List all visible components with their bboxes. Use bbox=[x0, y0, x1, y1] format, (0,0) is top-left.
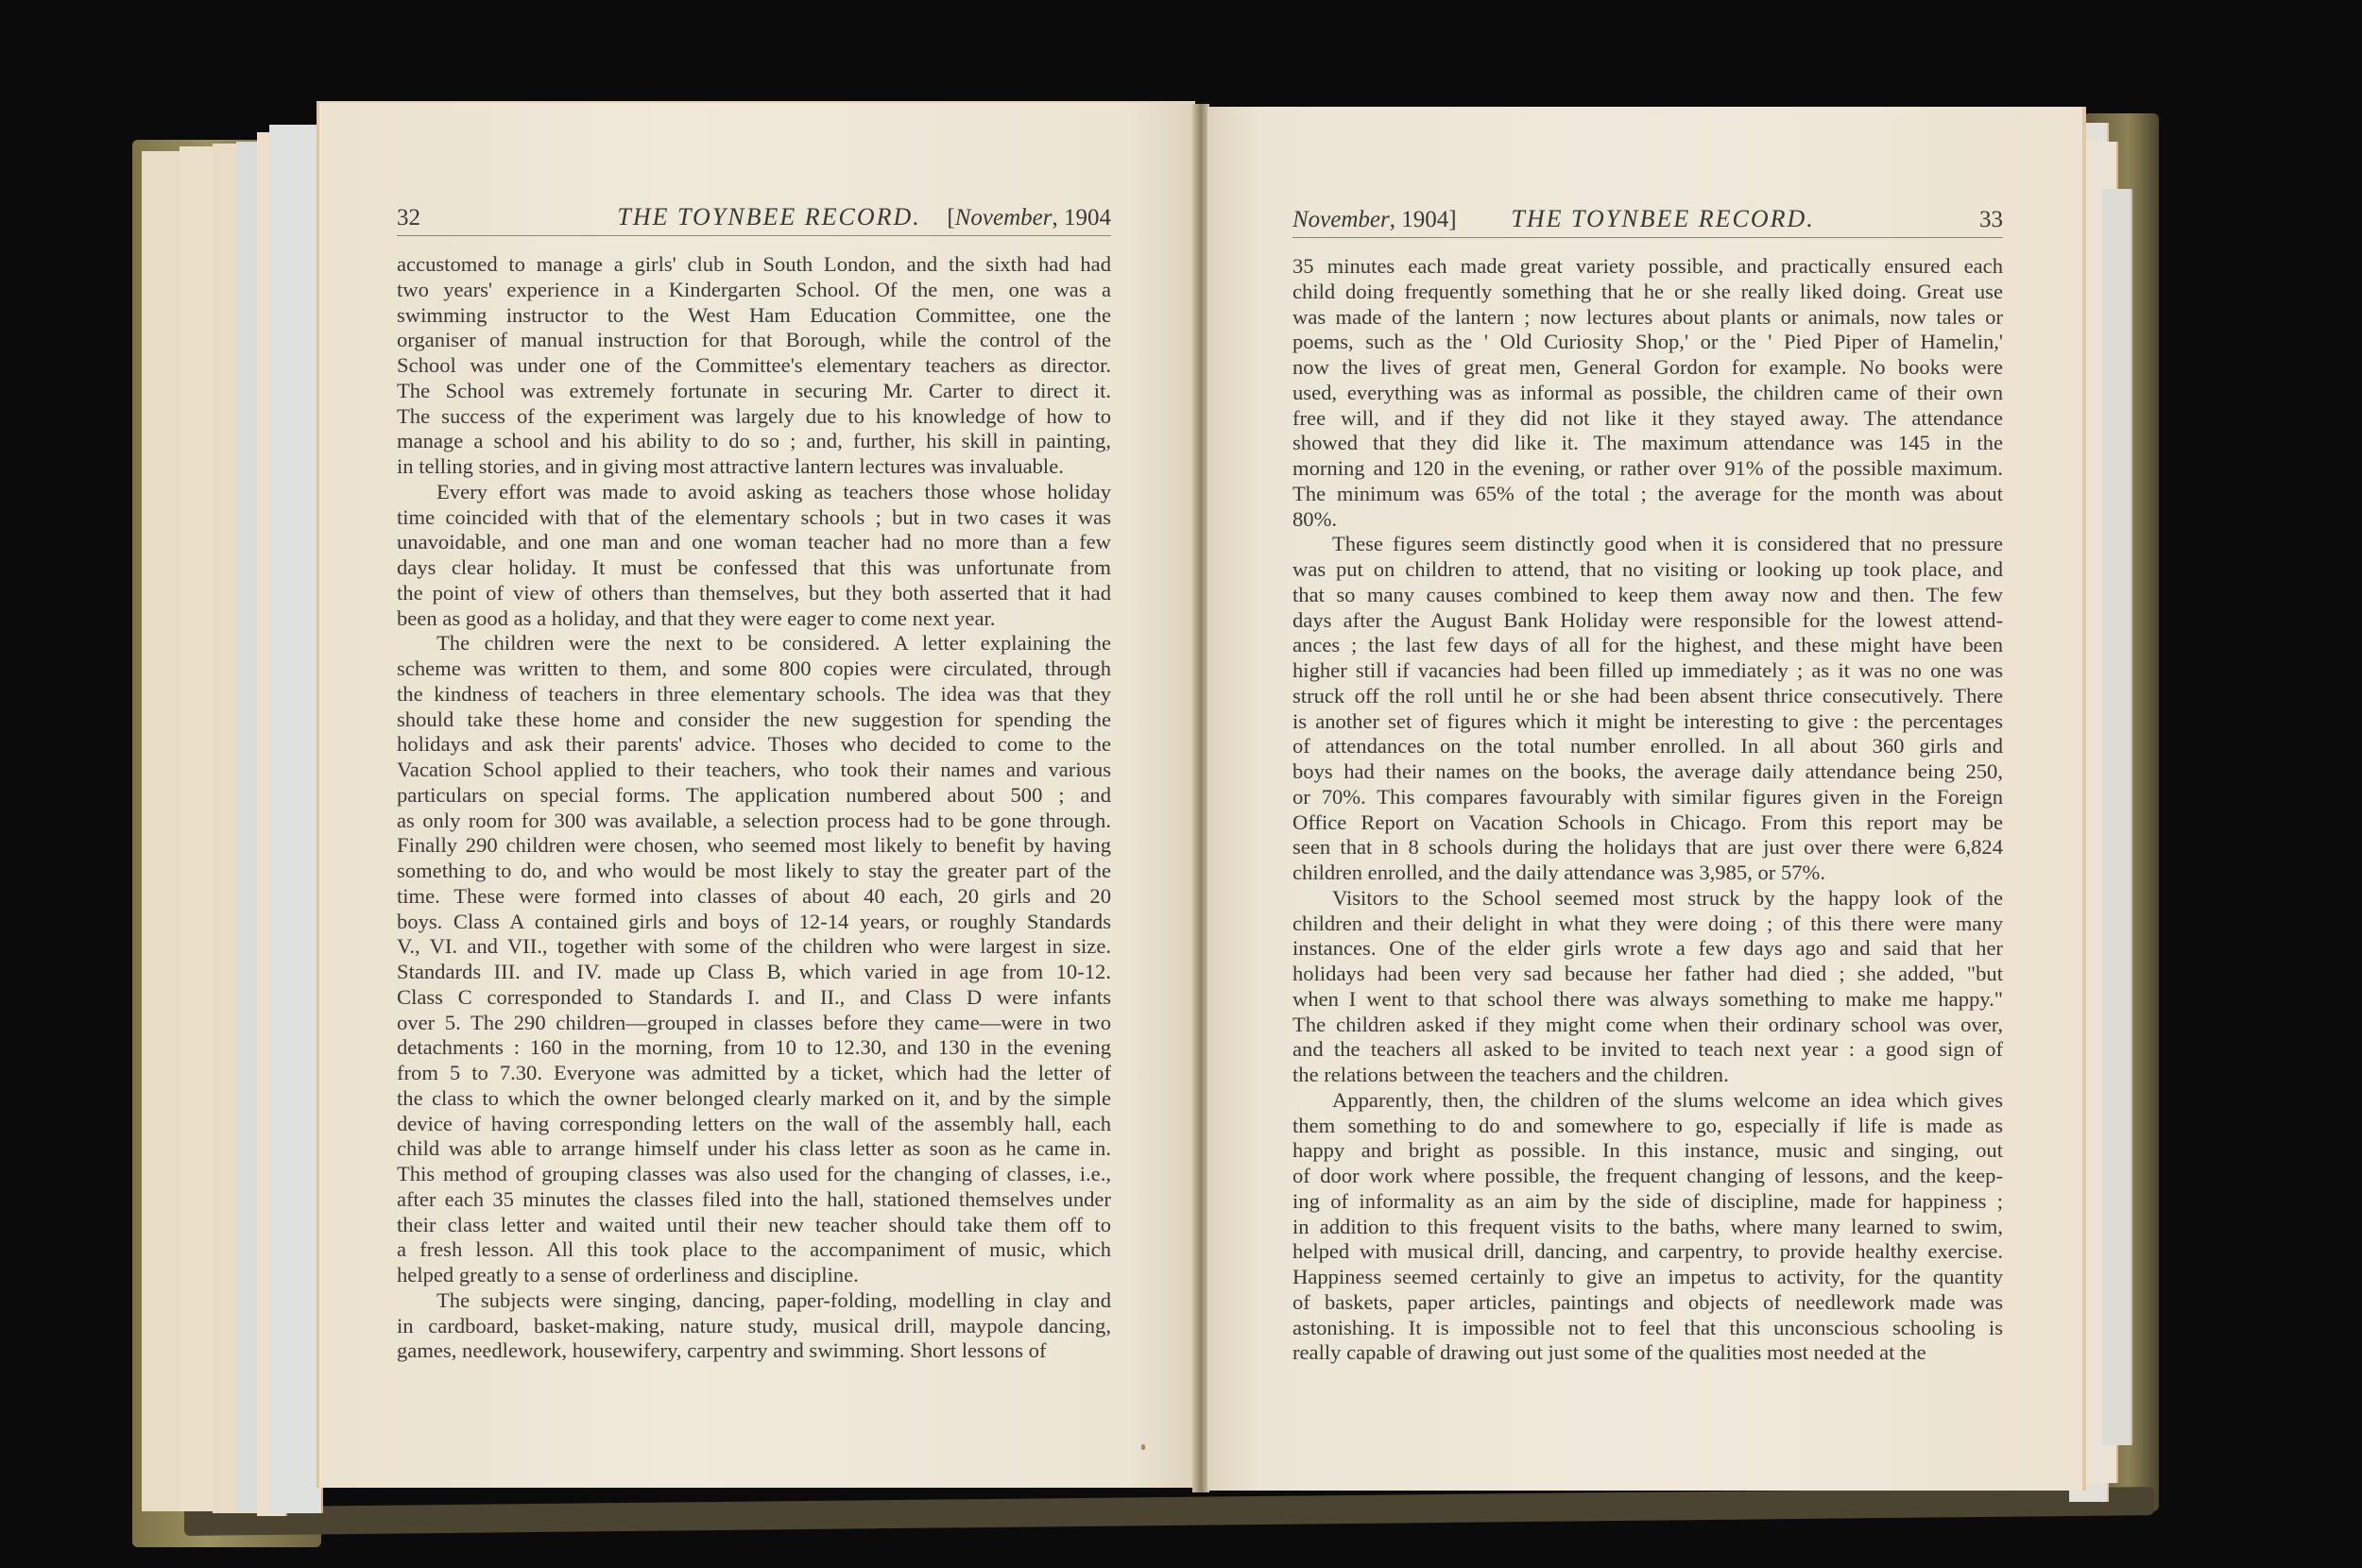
text-line: of door work where possible, the frequen… bbox=[1292, 1164, 2003, 1189]
right-page: November, 1904] THE TOYNBEE RECORD. 33 3… bbox=[1207, 107, 2086, 1491]
date-year: , 1904 bbox=[1053, 205, 1112, 230]
text-line: helped greatly to a sense of orderliness… bbox=[397, 1263, 1111, 1288]
text-line: happy and bright as possible. In this in… bbox=[1292, 1138, 2003, 1164]
text-line: as only room for 300 was available, a se… bbox=[397, 809, 1111, 834]
text-line: boys. Class A contained girls and boys o… bbox=[397, 910, 1111, 935]
text-line: now the lives of great men, General Gord… bbox=[1292, 355, 2003, 381]
text-line: the point of view of others than themsel… bbox=[397, 581, 1111, 606]
text-line: The children asked if they might come wh… bbox=[1292, 1013, 2003, 1038]
text-line: detachments : 160 in the morning, from 1… bbox=[397, 1035, 1111, 1061]
text-line: holidays and ask their parents' advice. … bbox=[397, 732, 1111, 758]
text-line: School was under one of the Committee's … bbox=[397, 353, 1111, 379]
text-line: Office Report on Vacation Schools in Chi… bbox=[1292, 810, 2003, 836]
text-line: instances. One of the elder girls wrote … bbox=[1292, 936, 2003, 962]
text-line: when I went to that school there was alw… bbox=[1292, 987, 2003, 1013]
text-line: child doing frequently something that he… bbox=[1292, 280, 2003, 305]
text-line: the relations between the teachers and t… bbox=[1292, 1063, 2003, 1088]
text-line: of baskets, paper articles, paintings an… bbox=[1292, 1290, 2003, 1316]
text-line: 80%. bbox=[1292, 507, 2003, 533]
text-line: and the teachers all asked to be invited… bbox=[1292, 1037, 2003, 1063]
text-line: manage a school and his ability to do so… bbox=[397, 429, 1111, 454]
issue-date: [November, 1904 bbox=[947, 205, 1111, 231]
text-line: V., VI. and VII., together with some of … bbox=[397, 934, 1111, 960]
text-line: time coincided with that of the elementa… bbox=[397, 505, 1111, 531]
text-line: was put on children to attend, that no v… bbox=[1292, 557, 2003, 583]
text-line: after each 35 minutes the classes filed … bbox=[397, 1187, 1111, 1213]
text-line: showed that they did like it. The maximu… bbox=[1292, 431, 2003, 456]
text-line: Class C corresponded to Standards I. and… bbox=[397, 985, 1111, 1011]
text-line: The subjects were singing, dancing, pape… bbox=[397, 1288, 1111, 1314]
text-line: astonishing. It is impossible not to fee… bbox=[1292, 1316, 2003, 1341]
text-line: a fresh lesson. All this took place to t… bbox=[397, 1237, 1111, 1263]
text-line: accustomed to manage a girls' club in So… bbox=[397, 252, 1111, 278]
text-line: is another set of figures which it might… bbox=[1292, 709, 2003, 735]
text-line: This method of grouping classes was also… bbox=[397, 1162, 1111, 1187]
text-line: really capable of drawing out just some … bbox=[1292, 1340, 2003, 1366]
text-line: The School was extremely fortunate in se… bbox=[397, 379, 1111, 404]
text-line: particulars on special forms. The applic… bbox=[397, 783, 1111, 809]
text-line: in addition to this frequent visits to t… bbox=[1292, 1215, 2003, 1240]
text-line: over 5. The 290 children—grouped in clas… bbox=[397, 1011, 1111, 1036]
date-year: , 1904] bbox=[1390, 207, 1457, 232]
left-page: 32 THE TOYNBEE RECORD. [November, 1904 a… bbox=[317, 101, 1195, 1488]
running-header: 32 THE TOYNBEE RECORD. [November, 1904 bbox=[397, 197, 1111, 236]
text-line: or 70%. This compares favourably with si… bbox=[1292, 785, 2003, 810]
text-line: been as good as a holiday, and that they… bbox=[397, 606, 1111, 632]
text-line: helped with musical drill, dancing, and … bbox=[1292, 1239, 2003, 1265]
running-title: THE TOYNBEE RECORD. bbox=[617, 203, 920, 231]
text-line: in cardboard, basket-making, nature stud… bbox=[397, 1314, 1111, 1339]
text-line: poems, such as the ' Old Curiosity Shop,… bbox=[1292, 330, 2003, 355]
date-month: November bbox=[1292, 207, 1390, 232]
text-line: scheme was written to them, and some 800… bbox=[397, 656, 1111, 682]
book-cover-bottom bbox=[184, 1487, 2154, 1536]
text-line: higher still if vacancies had been fille… bbox=[1292, 658, 2003, 684]
text-line: days clear holiday. It must be confessed… bbox=[397, 555, 1111, 581]
running-title: THE TOYNBEE RECORD. bbox=[1511, 205, 1814, 233]
text-line: the kindness of teachers in three elemen… bbox=[397, 682, 1111, 707]
date-month: November bbox=[955, 205, 1053, 230]
text-line: device of having corresponding letters o… bbox=[397, 1112, 1111, 1137]
text-line: something to do, and who would be most l… bbox=[397, 859, 1111, 884]
text-line: should take these home and consider the … bbox=[397, 707, 1111, 733]
text-line: free will, and if they did not like it t… bbox=[1292, 406, 2003, 432]
text-line: child was able to arrange himself under … bbox=[397, 1136, 1111, 1162]
page-number: 33 bbox=[1979, 207, 2003, 233]
text-line: time. These were formed into classes of … bbox=[397, 884, 1111, 910]
text-line: in telling stories, and in giving most a… bbox=[397, 454, 1111, 480]
text-line: days after the August Bank Holiday were … bbox=[1292, 608, 2003, 634]
text-line: them something to do and somewhere to go… bbox=[1292, 1114, 2003, 1139]
text-line: These figures seem distinctly good when … bbox=[1292, 532, 2003, 557]
text-line: games, needlework, housewifery, carpentr… bbox=[397, 1338, 1111, 1364]
text-line: that so many causes combined to keep the… bbox=[1292, 583, 2003, 608]
text-line: Apparently, then, the children of the sl… bbox=[1292, 1088, 2003, 1114]
text-line: children and their delight in what they … bbox=[1292, 912, 2003, 937]
date-bracket: [ bbox=[947, 205, 954, 230]
paper-blemish bbox=[1141, 1444, 1145, 1450]
text-line: was made of the lantern ; now lectures a… bbox=[1292, 305, 2003, 331]
text-line: Finally 290 children were chosen, who se… bbox=[397, 833, 1111, 859]
text-line: The success of the experiment was largel… bbox=[397, 404, 1111, 430]
page-edge bbox=[2102, 189, 2132, 1445]
text-line: Vacation School applied to their teacher… bbox=[397, 758, 1111, 783]
text-line: Every effort was made to avoid asking as… bbox=[397, 480, 1111, 505]
text-line: morning and 120 in the evening, or rathe… bbox=[1292, 456, 2003, 482]
text-line: boys had their names on the books, the a… bbox=[1292, 759, 2003, 785]
text-line: children enrolled, and the daily attenda… bbox=[1292, 861, 2003, 886]
issue-date: November, 1904] bbox=[1292, 207, 1457, 233]
page-number: 32 bbox=[397, 205, 420, 231]
body-text: accustomed to manage a girls' club in So… bbox=[397, 252, 1111, 1364]
text-line: unavoidable, and one man and one woman t… bbox=[397, 530, 1111, 555]
running-header: November, 1904] THE TOYNBEE RECORD. 33 bbox=[1292, 199, 2003, 238]
text-line: Standards III. and IV. made up Class B, … bbox=[397, 960, 1111, 985]
text-line: Happiness seemed certainly to give an im… bbox=[1292, 1265, 2003, 1290]
text-line: 35 minutes each made great variety possi… bbox=[1292, 254, 2003, 280]
text-line: struck off the roll until he or she had … bbox=[1292, 684, 2003, 709]
text-line: ances ; the last few days of all for the… bbox=[1292, 633, 2003, 658]
text-line: used, everything was as informal as poss… bbox=[1292, 381, 2003, 406]
text-line: seen that in 8 schools during the holida… bbox=[1292, 835, 2003, 861]
text-line: swimming instructor to the West Ham Educ… bbox=[397, 303, 1111, 329]
text-line: The minimum was 65% of the total ; the a… bbox=[1292, 482, 2003, 507]
text-line: Visitors to the School seemed most struc… bbox=[1292, 886, 2003, 912]
page-edge bbox=[269, 125, 323, 1513]
text-line: from 5 to 7.30. Everyone was admitted by… bbox=[397, 1061, 1111, 1086]
text-line: the class to which the owner belonged cl… bbox=[397, 1086, 1111, 1112]
text-line: ing of informality as an aim by the side… bbox=[1292, 1189, 2003, 1215]
text-line: The children were the next to be conside… bbox=[397, 631, 1111, 656]
text-line: organiser of manual instruction for that… bbox=[397, 328, 1111, 353]
text-line: their class letter and waited until thei… bbox=[397, 1213, 1111, 1238]
text-line: holidays had been very sad because her f… bbox=[1292, 962, 2003, 987]
body-text: 35 minutes each made great variety possi… bbox=[1292, 254, 2003, 1366]
text-line: of attendances on the total number enrol… bbox=[1292, 734, 2003, 759]
text-line: two years' experience in a Kindergarten … bbox=[397, 278, 1111, 303]
